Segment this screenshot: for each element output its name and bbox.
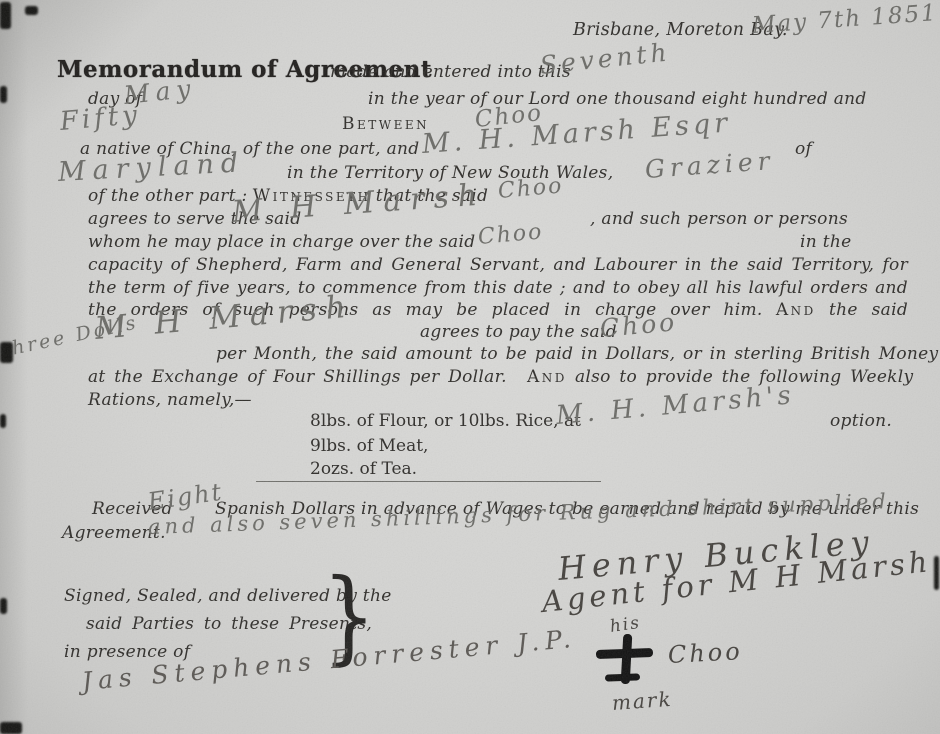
servant-name-3: Choo: [477, 219, 544, 250]
and-label-2: And: [527, 367, 567, 387]
choo-mark-icon: [596, 634, 658, 688]
mark-word-handwritten: mark: [611, 687, 673, 715]
wage-margin-note-handwritten: three Dolls: [0, 311, 140, 361]
film-artifact: [0, 598, 7, 614]
mark-base-stroke: [605, 673, 640, 681]
film-artifact: [0, 342, 13, 363]
film-artifact: [0, 414, 6, 428]
between-label: Between: [342, 114, 429, 134]
other-part-text: of the other part :: [88, 186, 248, 206]
option-name-handwritten: M. H. Marsh's: [555, 380, 796, 431]
charge-over-text: whom he may place in charge over the sai…: [88, 232, 475, 252]
agrees-to-pay-text: agrees to pay the said: [420, 322, 617, 342]
section-divider-rule: [256, 481, 601, 482]
in-the-text: in the: [800, 232, 851, 252]
film-artifact: [934, 556, 939, 590]
film-artifact: [0, 86, 7, 103]
of-word: of: [795, 139, 812, 159]
servant-name-2: Choo: [497, 173, 564, 204]
amount-handwritten: Eight: [146, 478, 225, 516]
master-occupation-handwritten: Grazier: [644, 146, 775, 184]
film-artifact: [0, 722, 22, 734]
film-artifact: [0, 2, 11, 29]
person-or-persons-text: , and such person or persons: [590, 209, 848, 229]
year-value-handwritten: Fifty: [59, 100, 142, 137]
servant-name-4: Choo: [599, 307, 679, 343]
capacity-line-2: the term of five years, to commence from…: [88, 278, 908, 298]
capacity-line-1: capacity of Shepherd, Farm and General S…: [88, 255, 908, 275]
option-word: option.: [830, 411, 892, 431]
year-line-text: in the year of our Lord one thousand eig…: [368, 89, 867, 109]
per-month-text: per Month, the said amount to be paid in…: [216, 344, 938, 364]
rations-namely-text: Rations, namely,—: [88, 390, 252, 410]
document-page: Brisbane, Moreton Bay. May 7th 1851 Memo…: [0, 0, 940, 734]
ration-tea-text: 2ozs. of Tea.: [310, 459, 417, 479]
mark-cross-stroke: [596, 648, 653, 659]
entered-into-text: made and entered into this: [330, 62, 571, 82]
film-artifact: [25, 6, 38, 15]
dateline-date-handwritten: May 7th 1851: [751, 0, 938, 39]
ration-meat-text: 9lbs. of Meat,: [310, 436, 428, 456]
the-said-text: the said: [829, 300, 908, 320]
day-value-handwritten: Seventh: [538, 37, 671, 80]
and-label-1: And: [776, 300, 816, 320]
exchange-text: at the Exchange of Four Shillings per Do…: [88, 367, 507, 387]
ration-flour-text: 8lbs. of Flour, or 10lbs. Rice, at: [310, 411, 581, 431]
servant-signature-name: Choo: [667, 637, 743, 669]
